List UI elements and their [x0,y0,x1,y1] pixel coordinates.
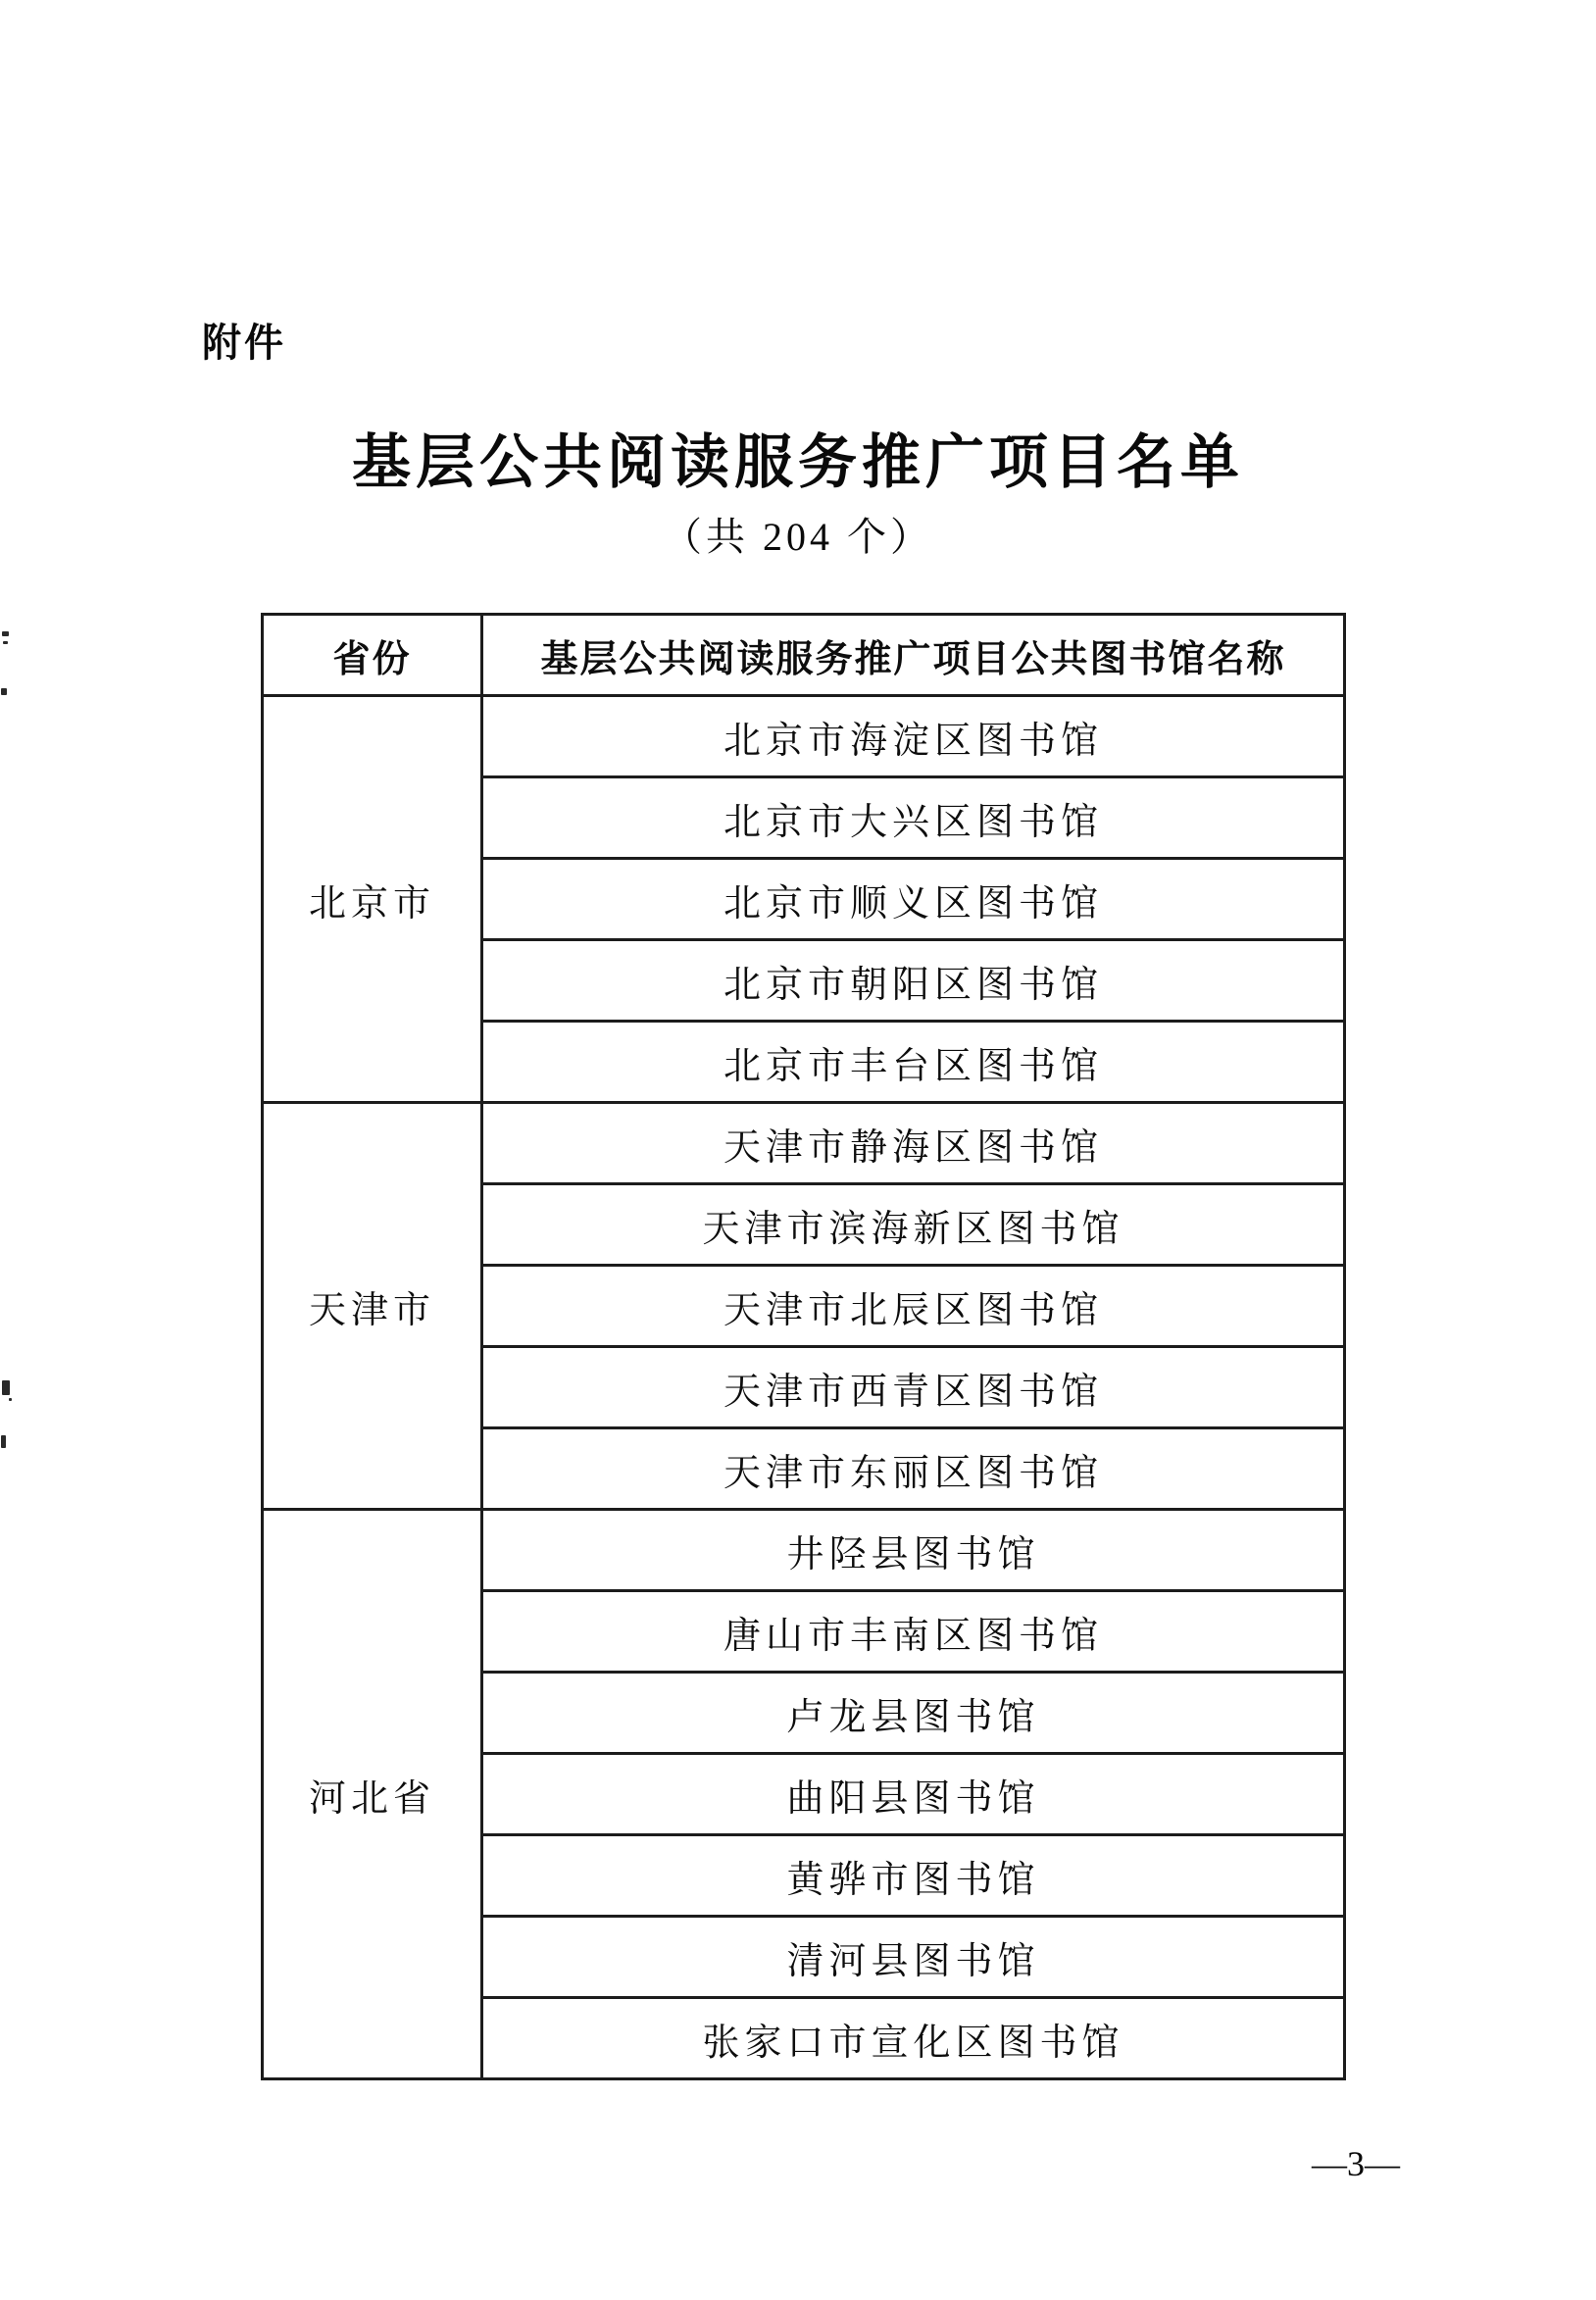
document-page: 附件 基层公共阅读服务推广项目名单 （共 204 个） 省份 基层公共阅读服务推… [0,0,1596,2300]
page-subtitle: （共 204 个） [0,506,1596,562]
library-cell: 北京市大兴区图书馆 [482,777,1345,859]
library-cell: 天津市滨海新区图书馆 [482,1184,1345,1266]
table-row: 天津市 天津市静海区图书馆 [263,1103,1345,1184]
library-cell: 黄骅市图书馆 [482,1835,1345,1917]
library-cell: 天津市静海区图书馆 [482,1103,1345,1184]
page-number: —3— [1312,2143,1400,2184]
library-cell: 清河县图书馆 [482,1917,1345,1998]
library-cell: 天津市西青区图书馆 [482,1347,1345,1428]
province-cell: 天津市 [263,1103,482,1510]
attachment-label: 附件 [202,312,286,368]
library-cell: 卢龙县图书馆 [482,1673,1345,1754]
library-cell: 曲阳县图书馆 [482,1754,1345,1835]
table-header-row: 省份 基层公共阅读服务推广项目公共图书馆名称 [263,615,1345,696]
column-header-library: 基层公共阅读服务推广项目公共图书馆名称 [482,615,1345,696]
scan-speck [1,1435,6,1448]
page-title: 基层公共阅读服务推广项目名单 [0,416,1596,500]
scan-speck [9,1398,12,1401]
province-cell: 河北省 [263,1510,482,2079]
library-cell: 唐山市丰南区图书馆 [482,1591,1345,1673]
scan-speck [2,1380,10,1395]
library-cell: 天津市东丽区图书馆 [482,1428,1345,1510]
library-cell: 张家口市宣化区图书馆 [482,1998,1345,2079]
library-cell: 北京市朝阳区图书馆 [482,940,1345,1022]
table-row: 河北省 井陉县图书馆 [263,1510,1345,1591]
scan-speck [3,641,8,644]
library-cell: 井陉县图书馆 [482,1510,1345,1591]
library-cell: 北京市丰台区图书馆 [482,1022,1345,1103]
province-cell: 北京市 [263,696,482,1103]
library-table: 省份 基层公共阅读服务推广项目公共图书馆名称 北京市 北京市海淀区图书馆 北京市… [261,613,1346,2080]
library-cell: 北京市海淀区图书馆 [482,696,1345,777]
column-header-province: 省份 [263,615,482,696]
scan-speck [1,688,7,695]
table-row: 北京市 北京市海淀区图书馆 [263,696,1345,777]
scan-speck [2,631,9,636]
library-cell: 天津市北辰区图书馆 [482,1266,1345,1347]
library-cell: 北京市顺义区图书馆 [482,859,1345,940]
